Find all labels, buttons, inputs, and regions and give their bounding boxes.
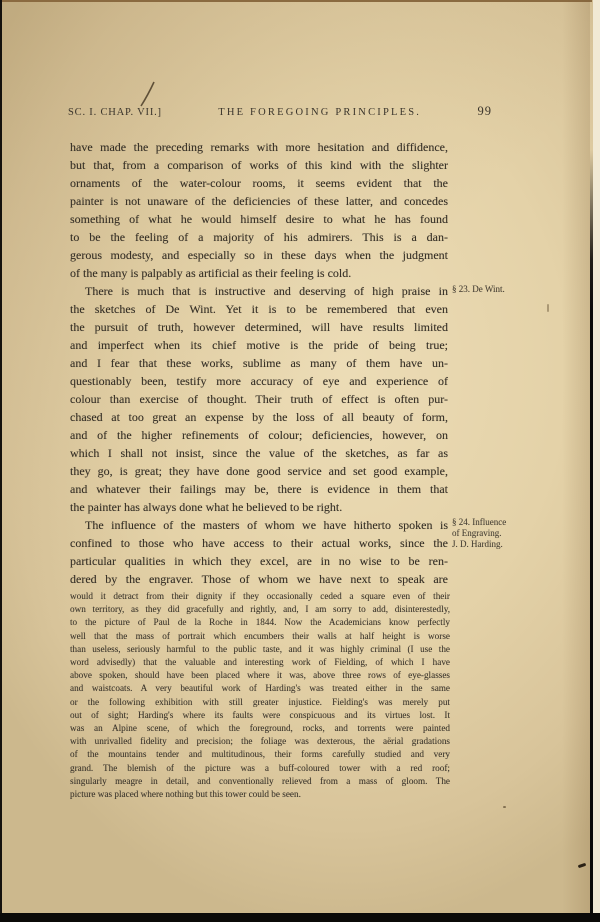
body-paragraph-3: The influence of the masters of whom we … (70, 516, 448, 588)
text-line: but that, from a comparison of works of … (70, 156, 448, 174)
text-line: colour than exercise of thought. Their t… (70, 390, 448, 408)
text-line: gerous modesty, and especially so in the… (70, 246, 448, 264)
running-header-chapter: SC. I. CHAP. VII.] (68, 107, 162, 118)
text-line: grand. The blemish of the picture was a … (70, 762, 450, 775)
text-line: own territory, as they did gracefully an… (70, 603, 450, 616)
body-paragraph-1: have made the preceding remarks with mor… (70, 138, 448, 282)
text-line: The influence of the masters of whom we … (70, 516, 448, 534)
text-line: to the picture of Paul de la Roche in 18… (70, 616, 450, 629)
text-line: word advisedly) that the valuable and in… (70, 656, 450, 669)
paper-fleck (547, 304, 549, 312)
text-line: picture was placed where nothing but thi… (70, 788, 450, 801)
text-line: dered by the engraver. Those of whom we … (70, 570, 448, 588)
text-line: well that the mass of portrait which enc… (70, 630, 450, 643)
text-line: they go, is great; they have done good s… (70, 462, 448, 480)
text-line: something of what he would himself desir… (70, 210, 448, 228)
text-line: have made the preceding remarks with mor… (70, 138, 448, 156)
text-line: than useless, seriously harmful to the p… (70, 643, 450, 656)
text-line: painter is not unaware of the deficienci… (70, 192, 448, 210)
text-line: the sketches of De Wint. Yet it is to be… (70, 300, 448, 318)
text-line: J. D. Harding. (452, 539, 548, 550)
text-line: the painter has always done what he beli… (70, 498, 448, 516)
body-paragraph-2: There is much that is instructive and de… (70, 282, 448, 516)
text-line: ornaments of the water-colour rooms, it … (70, 174, 448, 192)
scan-edge-bottom (0, 913, 600, 922)
text-line: or the following exhibition with still g… (70, 696, 450, 709)
text-line: confined to those who have access to the… (70, 534, 448, 552)
text-line: and waistcoats. A very beautiful work of… (70, 682, 450, 695)
footnote: would it detract from their dignity if t… (70, 590, 450, 801)
text-line: of the many is palpably as artificial as… (70, 264, 448, 282)
margin-note-section-24: § 24. Influenceof Engraving.J. D. Hardin… (452, 517, 548, 550)
page-edge-strip (593, 0, 600, 922)
text-line: above spoken, should have been placed wh… (70, 669, 450, 682)
text-line: which I shall not insist, since the valu… (70, 444, 448, 462)
running-header-title: THE FOREGOING PRINCIPLES. (218, 107, 421, 118)
text-line: § 23. De Wint. (452, 284, 548, 295)
text-line: of the mountains tender and multitudinou… (70, 748, 450, 761)
text-line: There is much that is instructive and de… (70, 282, 448, 300)
text-line: singularly meagre in detail, and convent… (70, 775, 450, 788)
text-line: § 24. Influence (452, 517, 548, 528)
margin-note-section-23: § 23. De Wint. (452, 284, 548, 295)
text-line: with unrivalled fidelity and precision; … (70, 735, 450, 748)
text-line: of Engraving. (452, 528, 548, 539)
text-line: to be the feeling of a majority of his a… (70, 228, 448, 246)
text-line: and whatever their failings may be, ther… (70, 480, 448, 498)
text-line: questionably been, testify more accuracy… (70, 372, 448, 390)
scan-edge-left (0, 0, 2, 922)
text-line: chased at too great an expense by the lo… (70, 408, 448, 426)
text-line: and imperfect when its chief motive is t… (70, 336, 448, 354)
running-header: SC. I. CHAP. VII.] THE FOREGOING PRINCIP… (68, 104, 492, 119)
text-line: particular qualities in which they excel… (70, 552, 448, 570)
text-line: and of the higher refinements of colour;… (70, 426, 448, 444)
scan-edge-top (0, 0, 592, 2)
text-line: was an Alpine scene, of which the foregr… (70, 722, 450, 735)
text-line: would it detract from their dignity if t… (70, 590, 450, 603)
text-line: and I fear that these works, sublime as … (70, 354, 448, 372)
paper-fleck (503, 806, 506, 808)
book-page: SC. I. CHAP. VII.] THE FOREGOING PRINCIP… (0, 0, 600, 922)
page-number: 99 (477, 104, 492, 119)
text-line: out of sight; Harding's where its faults… (70, 709, 450, 722)
text-line: the pursuit of truth, however determined… (70, 318, 448, 336)
page-curl-shadow (562, 0, 590, 922)
